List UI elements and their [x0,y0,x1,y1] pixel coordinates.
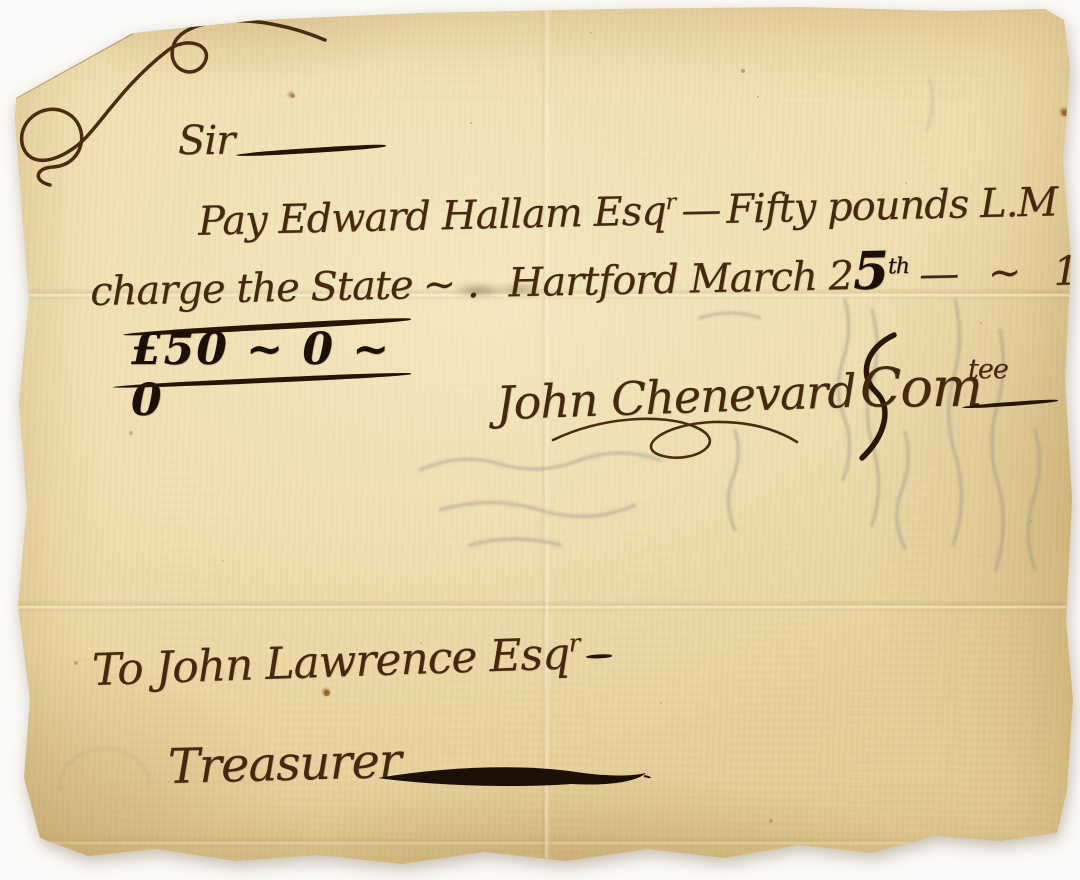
committee-block: Com tee [846,330,1066,470]
paper-shadow-wrap: Sir Pay Edward Hallam Esqr—Fifty pounds … [0,0,1080,880]
pay-line-dash: — [681,187,721,234]
treasurer-block: Treasurer [158,726,678,816]
paper-specks [0,0,2,2]
place-date-text: Hartford March 2 [508,253,853,306]
scanned-document-photo: Sir Pay Edward Hallam Esqr—Fifty pounds … [0,0,1080,880]
day-ordinal: th [888,254,910,279]
treasurer-title: Treasurer [167,733,401,795]
pay-line-superscript: r [665,190,675,215]
paper-sheet: Sir Pay Edward Hallam Esqr—Fifty pounds … [0,0,1080,880]
address-to-superscript: r [568,629,580,657]
foxing-spot [320,687,332,697]
year-text: 1778 [1053,247,1080,295]
address-to-dash [586,653,612,658]
treasurer-heavy-dash [376,764,652,792]
date-mid-dashes: — ~ [919,249,1030,297]
pay-line-amount-words: Fifty pounds L.M [726,179,1058,232]
day-overwritten: 5 [852,240,888,302]
signature-block: John Chenevard [488,352,908,462]
charge-dashes: ~ . [422,261,479,308]
committee-abbrev: Com [860,356,982,419]
fold-crease-bottom [0,836,1080,848]
fold-crease-lower [0,600,1080,612]
address-to-text: To John Lawrence Esq [91,628,570,696]
committee-superscript: tee [968,354,1008,385]
address-to-line: To John Lawrence Esqr [91,627,612,696]
salutation-flourish [15,15,435,205]
signature-flourish [543,412,813,467]
amount-block: £50 ~ 0 ~ 0 [105,300,425,400]
pay-line-text: Pay Edward Hallam Esq [198,188,667,245]
foxing-spot [1058,106,1070,118]
salutation-word: Sir [178,118,234,164]
pay-line-tail: — & [1069,177,1080,225]
